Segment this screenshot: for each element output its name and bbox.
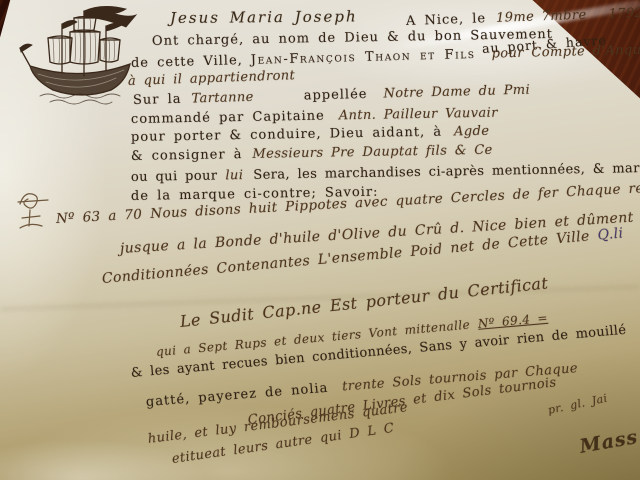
text-segment: pour Compte d'Anque <box>491 42 640 61</box>
text-segment: Messieurs Pre Dauptat fils & Ce <box>252 143 492 162</box>
text-segment: Nº 69.4 = <box>477 311 548 331</box>
text-segment: Jean-François Thaon et Fils <box>251 47 476 68</box>
document-line: ou qui pourluiSera, les marchandises ci-… <box>131 160 640 185</box>
document-line: & consigner àMessieurs Pre Dauptat fils … <box>131 143 493 164</box>
text-segment: pour porter & conduire, Dieu aidant, à <box>131 125 442 145</box>
text-segment: Sur la <box>133 92 182 108</box>
text-segment: Jesus Maria Joseph <box>170 7 358 27</box>
document-line: A Nice, le19me 7mbre1792 <box>406 6 640 29</box>
photo-of-document: Jesus Maria JosephA Nice, le19me 7mbre17… <box>0 0 640 480</box>
text-segment: Antn. Pailleur Vauvair <box>339 106 498 124</box>
text-segment: appellée <box>304 87 368 104</box>
text-segment: Agde <box>454 124 490 140</box>
text-segment: A Nice, le <box>406 11 487 29</box>
document-line: à qui il appartiendront <box>128 68 296 89</box>
text-segment: & consigner à <box>131 147 243 164</box>
text-segment: Mass <box>578 426 640 458</box>
text-segment: Tartanne <box>191 90 254 107</box>
text-segment: 1792 <box>608 6 640 22</box>
text-segment: lui <box>225 168 243 183</box>
text-segment: 19me 7mbre <box>496 8 587 26</box>
text-segment: commandé par Capitaine <box>131 109 325 127</box>
document-line: pour porter & conduire, Dieu aidant, àAg… <box>131 124 490 145</box>
text-segment: Sera, les marchandises ci-après mentionn… <box>253 160 640 182</box>
text-segment: Nº 63 a 70 <box>56 206 143 227</box>
text-segment: ou qui pour <box>131 168 218 185</box>
text-segment: Q.li <box>597 225 624 243</box>
text-segment: à qui il appartiendront <box>128 68 296 89</box>
document-line: pr. gl. Jai <box>547 392 609 417</box>
text-segment: de cette Ville, <box>131 53 243 71</box>
document-text-layer: Jesus Maria JosephA Nice, le19me 7mbre17… <box>0 0 640 480</box>
text-segment: Notre Dame du Pmi <box>383 83 530 102</box>
text-segment: pr. gl. Jai <box>547 392 609 417</box>
document-line: Mass <box>578 426 640 458</box>
document-line: Jesus Maria Joseph <box>170 7 358 27</box>
